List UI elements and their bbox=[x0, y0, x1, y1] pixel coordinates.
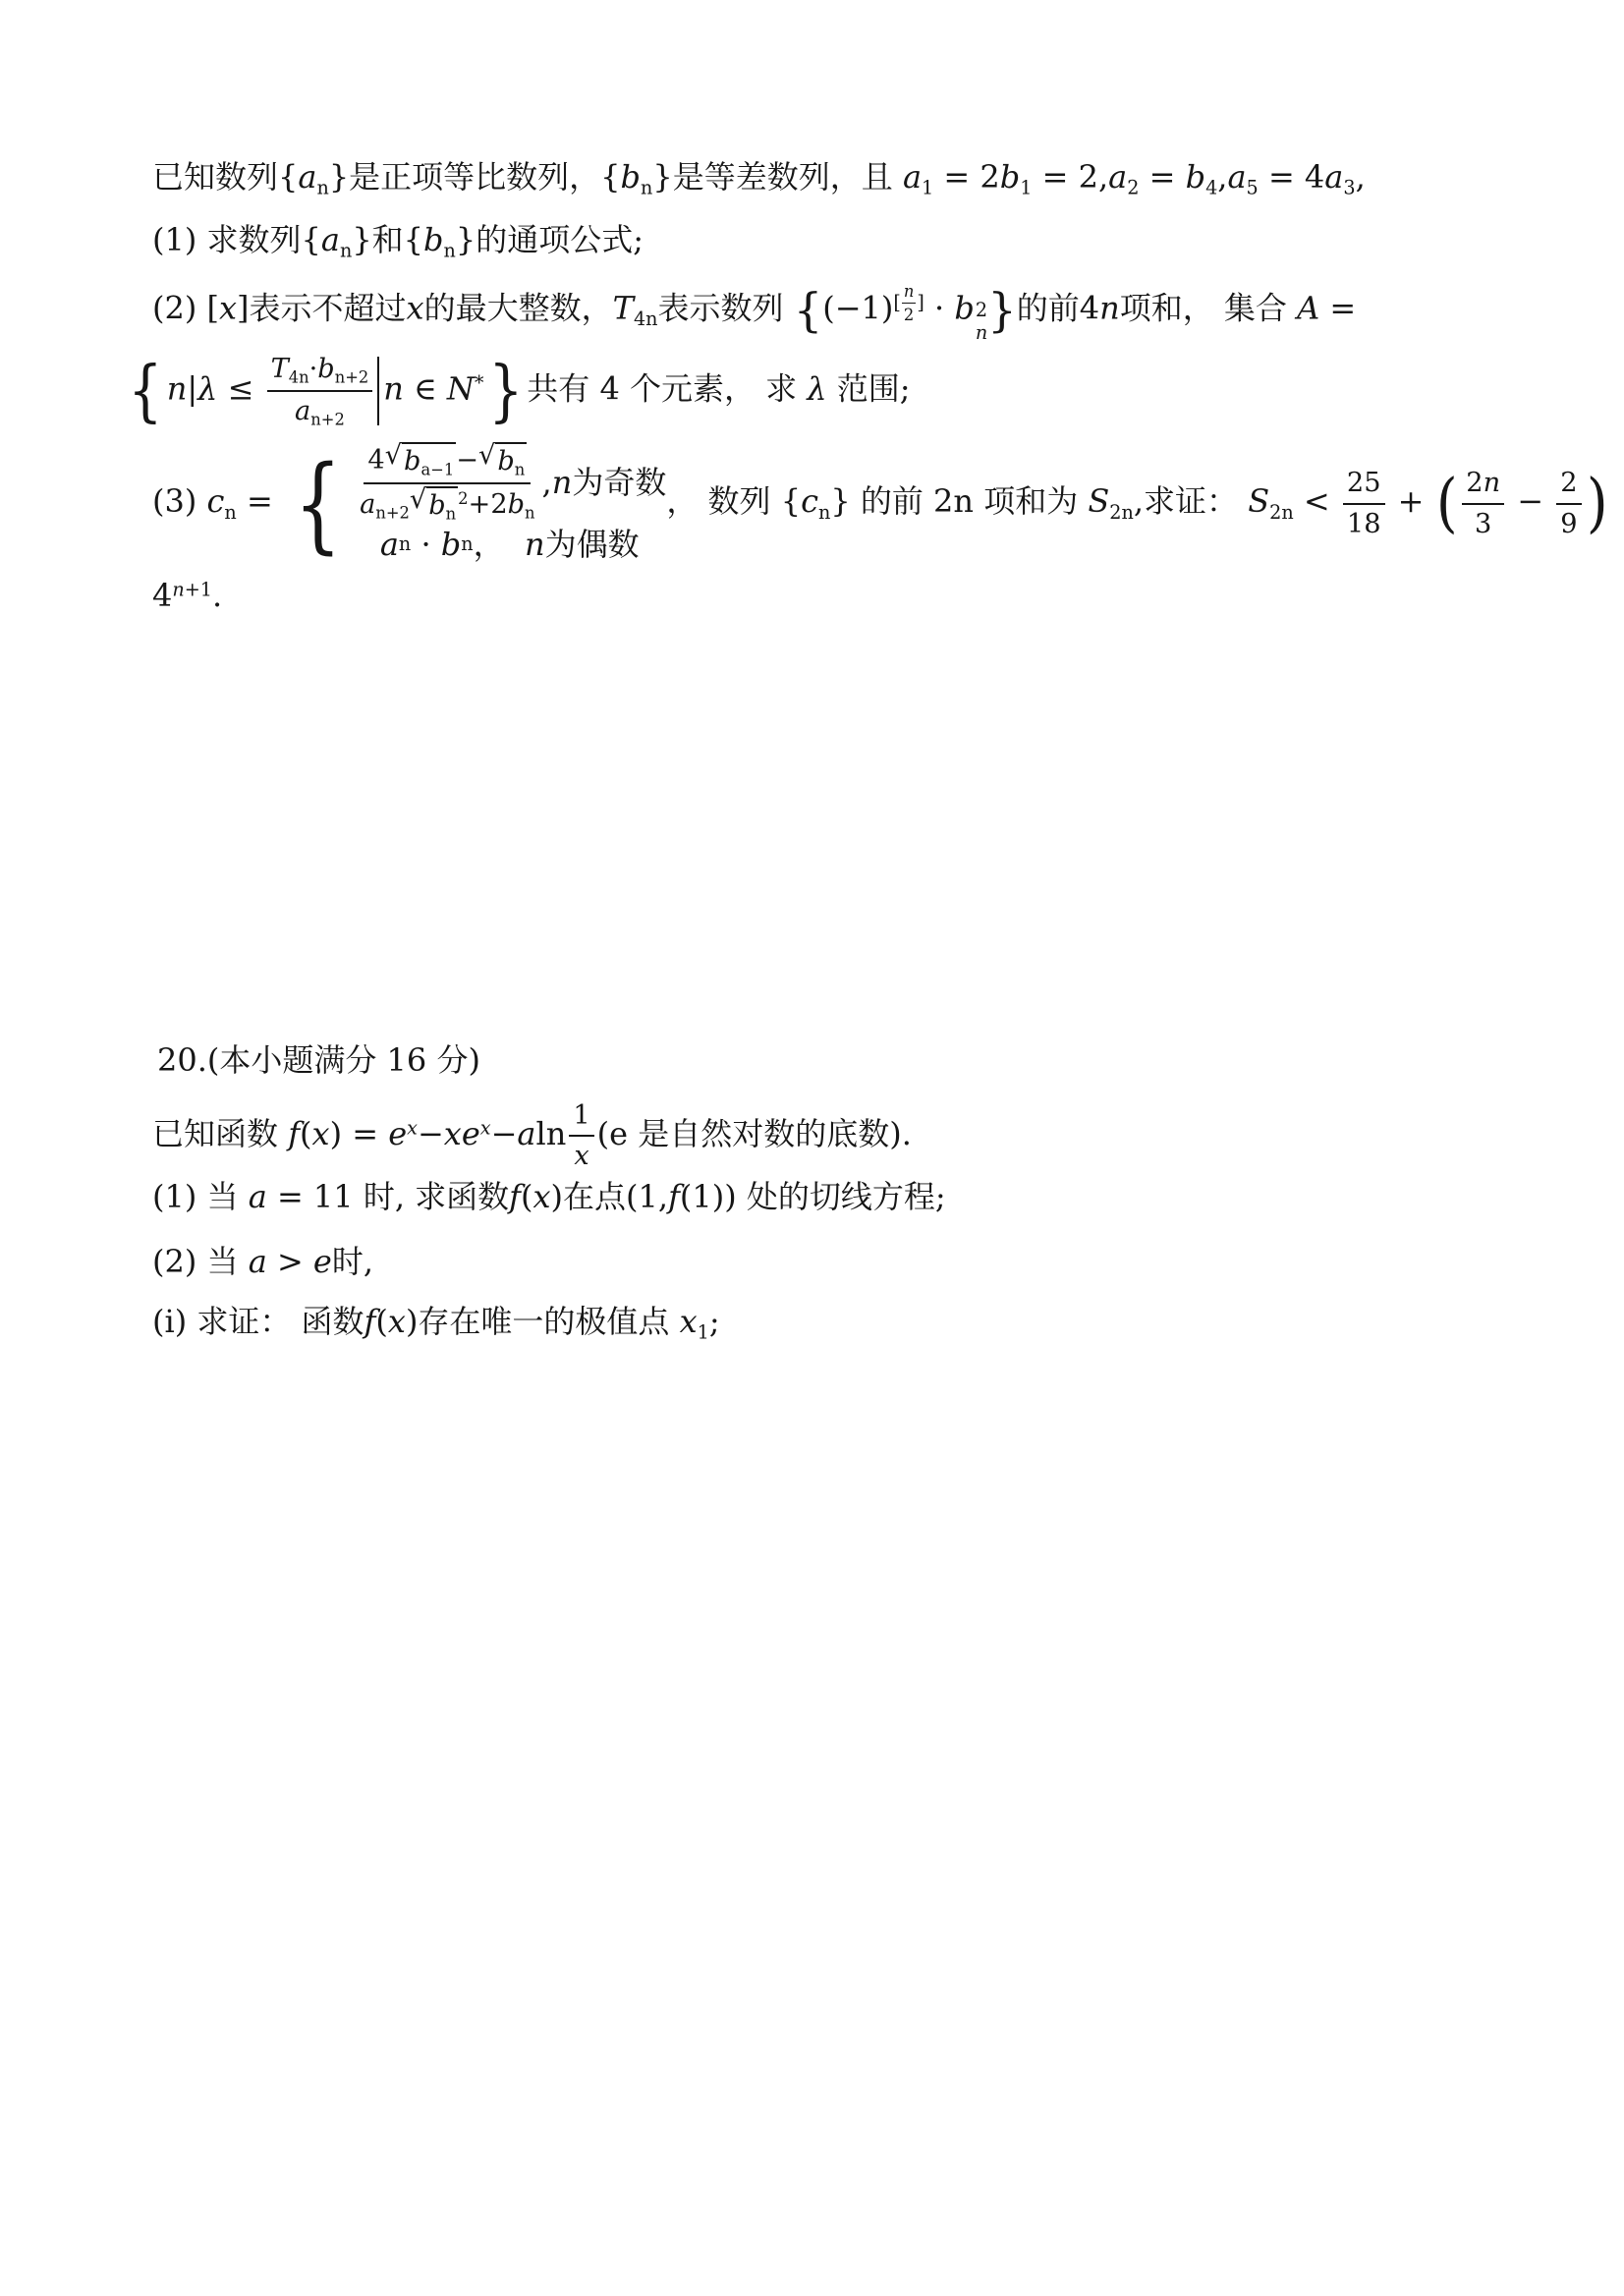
p20-part2-line: (2) 当 a > e时, bbox=[152, 1242, 373, 1283]
text-run: 2 bbox=[976, 299, 987, 321]
text-run: 已知函数 bbox=[152, 1115, 288, 1152]
text-run: · bbox=[411, 525, 441, 566]
math-var: x bbox=[444, 1115, 462, 1152]
text-run: 2 bbox=[904, 306, 914, 324]
text-run: = bbox=[237, 482, 283, 520]
math-var: x bbox=[219, 289, 237, 326]
p19-intro-line: 已知数列{an}是正项等比数列，{bn}是等差数列，且 a1 = 2b1 = 2… bbox=[152, 157, 1366, 201]
text-run: 2 bbox=[1466, 468, 1483, 498]
math-var: λ bbox=[197, 369, 217, 407]
text-run: , bbox=[1217, 158, 1227, 196]
math-var: T bbox=[271, 354, 289, 384]
text-run: 时, bbox=[332, 1243, 373, 1280]
radical-sign: √ bbox=[410, 486, 426, 515]
p19-part3-cases-line: (3) cn = {4√ba−1−√bnan+2√bn2+2bn,n为奇数an … bbox=[152, 442, 1609, 565]
text-run: > bbox=[267, 1243, 313, 1280]
text-run: ] bbox=[917, 291, 924, 313]
math-var: x bbox=[574, 1141, 588, 1171]
p20-part1-line: (1) 当 a = 11 时, 求函数f(x)在点(1,f(1)) 处的切线方程… bbox=[152, 1177, 946, 1218]
math-var: e bbox=[462, 1115, 480, 1152]
text-run: = 4 bbox=[1259, 158, 1325, 196]
text-run: 20.(本小题满分 16 分) bbox=[157, 1041, 480, 1079]
text-run: (−1) bbox=[822, 289, 893, 326]
text-run: , bbox=[542, 463, 552, 504]
math-var: b bbox=[423, 221, 443, 258]
text-run: . bbox=[212, 577, 222, 614]
text-run: 2n bbox=[1109, 501, 1134, 524]
text-run: 9 bbox=[1560, 509, 1577, 539]
text-run: 18 bbox=[1347, 509, 1381, 539]
text-run: 4n bbox=[634, 308, 658, 330]
math-var: x bbox=[388, 1303, 406, 1340]
text-run: ， 数列 { bbox=[666, 482, 801, 520]
radical: √ba−1 bbox=[385, 442, 457, 480]
text-run: n bbox=[340, 240, 352, 262]
text-run: n bbox=[525, 504, 535, 523]
math-var: b bbox=[621, 158, 641, 196]
text-run: · bbox=[924, 289, 955, 326]
text-run: n bbox=[444, 240, 456, 262]
math-var: a bbox=[360, 489, 375, 520]
text-run: (2) 当 bbox=[152, 1243, 249, 1280]
math-var: x bbox=[533, 1178, 551, 1215]
text-run: ( bbox=[300, 1115, 311, 1152]
text-run: ln bbox=[535, 1115, 566, 1152]
text-run: }和{ bbox=[352, 221, 423, 258]
text-run: { bbox=[794, 288, 823, 333]
text-run: (e 是自然对数的底数). bbox=[597, 1115, 912, 1152]
text-run: } 的前 2n 项和为 bbox=[830, 482, 1088, 520]
text-run: 2n bbox=[1269, 501, 1294, 524]
text-run: x bbox=[480, 1116, 491, 1139]
p19-part2-set-line: {n|λ ≤ T4n·bn+2an+2n ∈ N*}共有 4 个元素， 求 λ … bbox=[124, 352, 911, 430]
text-run: n bbox=[399, 532, 411, 557]
math-var: n bbox=[1099, 289, 1120, 326]
fraction-denominator: an+2√bn2+2bn bbox=[356, 484, 538, 525]
math-var: N bbox=[447, 369, 475, 407]
math-var: f bbox=[364, 1303, 376, 1340]
text-run: | bbox=[187, 369, 197, 407]
text-run: }是等差数列，且 bbox=[652, 158, 903, 196]
text-run: * bbox=[475, 371, 484, 394]
fraction-denominator: 18 bbox=[1343, 505, 1385, 541]
text-run: 2 bbox=[1560, 468, 1577, 498]
text-run: · bbox=[309, 354, 318, 384]
text-run: , bbox=[1356, 158, 1366, 196]
text-run: }的通项公式; bbox=[456, 221, 644, 258]
text-run: 3 bbox=[1475, 509, 1491, 539]
document-page: 已知数列{an}是正项等比数列，{bn}是等差数列，且 a1 = 2b1 = 2… bbox=[0, 0, 1624, 2296]
text-run: 项和， 集合 bbox=[1120, 289, 1297, 326]
text-run: n+2 bbox=[310, 411, 345, 429]
text-run: = 2 bbox=[933, 158, 1000, 196]
math-var: a bbox=[1324, 158, 1343, 196]
text-run: }是正项等比数列，{ bbox=[329, 158, 621, 196]
math-var: a bbox=[1108, 158, 1127, 196]
fraction-numerator: 2n bbox=[1462, 466, 1504, 504]
text-run: n bbox=[818, 501, 830, 524]
stack-row: an · bn， n为偶数 bbox=[380, 525, 640, 566]
math-var: a bbox=[903, 158, 922, 196]
text-run: } bbox=[987, 288, 1017, 333]
divider-bar bbox=[377, 357, 379, 425]
text-run: 4n bbox=[289, 368, 309, 387]
text-run: 1 bbox=[922, 177, 933, 199]
p20-function-def-line: 已知函数 f(x) = ex−xex−aln1x(e 是自然对数的底数). bbox=[152, 1098, 912, 1174]
math-var: b bbox=[1000, 158, 1020, 196]
fraction-numerator: 25 bbox=[1343, 466, 1385, 504]
fraction: 29 bbox=[1556, 466, 1581, 541]
text-run: − bbox=[456, 445, 478, 476]
text-run: )存在唯一的极值点 bbox=[406, 1303, 680, 1340]
text-run: x bbox=[407, 1116, 418, 1139]
p20-header-line: 20.(本小题满分 16 分) bbox=[157, 1040, 480, 1082]
math-var: n bbox=[904, 282, 915, 301]
math-var: λ bbox=[807, 369, 826, 407]
math-var: a bbox=[517, 1115, 535, 1152]
text-run: n+2 bbox=[335, 368, 369, 387]
text-run: = bbox=[1319, 289, 1356, 326]
text-run: n+1 bbox=[172, 578, 212, 600]
text-run: (1)) 处的切线方程; bbox=[680, 1178, 946, 1215]
text-run: (1) 求数列{ bbox=[152, 221, 321, 258]
math-var: b bbox=[508, 489, 525, 520]
math-var: a bbox=[380, 525, 399, 566]
math-var: x bbox=[407, 289, 424, 326]
text-run: − bbox=[418, 1115, 444, 1152]
math-var: c bbox=[207, 482, 225, 520]
text-run: { bbox=[128, 358, 162, 425]
math-var: b bbox=[497, 446, 514, 476]
stack-row: n bbox=[976, 321, 987, 344]
p20-part2i-line: (i) 求证： 函数f(x)存在唯一的极值点 x1; bbox=[152, 1302, 720, 1346]
text-run: − bbox=[1507, 482, 1553, 520]
text-run: ; bbox=[709, 1303, 720, 1340]
math-var: b bbox=[317, 354, 334, 384]
text-run: 1 bbox=[1020, 177, 1032, 199]
radical: √bn bbox=[410, 486, 458, 525]
math-var: b bbox=[441, 525, 461, 566]
text-run: 为奇数 bbox=[572, 463, 666, 504]
fraction: n2 bbox=[902, 281, 917, 325]
math-var: a bbox=[1227, 158, 1246, 196]
fraction: 2518 bbox=[1343, 466, 1385, 541]
math-var: b bbox=[954, 289, 974, 326]
p19-part1-line: (1) 求数列{an}和{bn}的通项公式; bbox=[152, 220, 644, 264]
math-var: x bbox=[680, 1303, 698, 1340]
math-var: b bbox=[404, 446, 420, 476]
math-var: x bbox=[407, 1116, 418, 1139]
text-run: +2 bbox=[469, 489, 508, 520]
stack-row: 2 bbox=[976, 299, 987, 321]
text-run: 的前4 bbox=[1017, 289, 1099, 326]
math-var: a bbox=[249, 1243, 267, 1280]
text-run: ( bbox=[1436, 472, 1458, 536]
math-var: f bbox=[668, 1178, 680, 1215]
math-var: x bbox=[312, 1115, 330, 1152]
text-run: 1 bbox=[698, 1321, 709, 1344]
text-run: 4 bbox=[152, 577, 172, 614]
fraction: 1x bbox=[569, 1098, 593, 1174]
text-run: + bbox=[1388, 482, 1434, 520]
text-run: ) = bbox=[330, 1115, 389, 1152]
text-run: (3) bbox=[152, 482, 207, 520]
text-run: { bbox=[294, 452, 341, 556]
radicand: ba−1 bbox=[402, 442, 456, 480]
text-run: ]表示不超过 bbox=[237, 289, 407, 326]
radicand: bn bbox=[495, 442, 527, 480]
text-run: ( bbox=[521, 1178, 532, 1215]
radical-sign: √ bbox=[478, 442, 495, 471]
text-run: n bbox=[515, 461, 526, 479]
fraction-denominator: 9 bbox=[1556, 505, 1581, 541]
math-var: x bbox=[480, 1116, 491, 1139]
text-run: +1 bbox=[185, 578, 212, 600]
text-run: 25 bbox=[1347, 468, 1381, 498]
math-var: f bbox=[509, 1178, 521, 1215]
text-run: 4 bbox=[1205, 177, 1217, 199]
text-run: 范围; bbox=[827, 369, 911, 407]
math-var: a bbox=[295, 396, 310, 426]
text-run: ， bbox=[474, 525, 525, 566]
text-run: = 11 时, 求函数 bbox=[267, 1178, 509, 1215]
cases-stack: 4√ba−1−√bnan+2√bn2+2bn,n为奇数an · bn， n为偶数 bbox=[353, 442, 666, 565]
text-run: ,求证： bbox=[1134, 482, 1248, 520]
fraction-denominator: 3 bbox=[1471, 505, 1495, 541]
text-run: − bbox=[491, 1115, 518, 1152]
fraction-numerator: 2 bbox=[1556, 466, 1581, 504]
text-run: 5 bbox=[1247, 177, 1259, 199]
fraction-numerator: T4n·bn+2 bbox=[267, 352, 373, 392]
fraction-denominator: x bbox=[570, 1137, 592, 1173]
text-run: n bbox=[641, 177, 652, 199]
math-var: b bbox=[428, 490, 445, 521]
text-run: 已知数列{ bbox=[152, 158, 298, 196]
text-run: = 2, bbox=[1032, 158, 1108, 196]
math-var: e bbox=[313, 1243, 332, 1280]
text-run: 1 bbox=[573, 1100, 589, 1131]
text-run: [n2] bbox=[893, 291, 924, 313]
math-var: a bbox=[298, 158, 316, 196]
fraction-denominator: an+2 bbox=[291, 392, 349, 430]
text-run: = bbox=[1139, 158, 1185, 196]
text-run: ≤ bbox=[217, 369, 263, 407]
text-run: ( bbox=[375, 1303, 387, 1340]
math-var: a bbox=[321, 221, 340, 258]
radical: √bn bbox=[478, 442, 527, 480]
text-run: n bbox=[224, 501, 236, 524]
math-var: n bbox=[383, 369, 404, 407]
text-run: )在点(1, bbox=[551, 1178, 669, 1215]
fraction-numerator: n bbox=[902, 281, 917, 304]
math-var: S bbox=[1248, 482, 1269, 520]
fraction-numerator: 1 bbox=[569, 1098, 593, 1137]
text-run: (1) 当 bbox=[152, 1178, 249, 1215]
math-var: S bbox=[1088, 482, 1109, 520]
math-var: n bbox=[976, 321, 987, 344]
text-run: 的最大整数， bbox=[424, 289, 613, 326]
math-var: c bbox=[801, 482, 818, 520]
fraction: 4√ba−1−√bnan+2√bn2+2bn bbox=[356, 442, 538, 525]
text-run: 3 bbox=[1343, 177, 1355, 199]
math-var: f bbox=[288, 1115, 300, 1152]
fraction: 2n3 bbox=[1462, 466, 1504, 541]
text-run: n bbox=[316, 177, 328, 199]
text-run: 共有 4 个元素， 求 bbox=[527, 369, 807, 407]
math-var: n bbox=[525, 525, 545, 566]
math-var: A bbox=[1297, 289, 1319, 326]
math-var: n bbox=[552, 463, 573, 504]
text-run: n bbox=[446, 505, 457, 524]
text-run: 2 bbox=[1127, 177, 1139, 199]
math-var: T bbox=[613, 289, 634, 326]
text-run: n bbox=[461, 532, 473, 557]
text-run: < bbox=[1294, 482, 1340, 520]
fraction-denominator: 2 bbox=[902, 304, 916, 325]
text-run: 4 bbox=[367, 445, 384, 476]
text-run: [ bbox=[893, 291, 901, 313]
fraction-numerator: 4√ba−1−√bn bbox=[364, 442, 531, 484]
math-var: n bbox=[1484, 468, 1501, 498]
math-var: b bbox=[1186, 158, 1205, 196]
math-var: n bbox=[172, 578, 184, 600]
math-var: n bbox=[167, 369, 188, 407]
p19-part2-sequence-line: (2) [x]表示不超过x的最大整数，T4n表示数列 {(−1)[n2] · b… bbox=[152, 281, 1356, 344]
math-var: e bbox=[388, 1115, 407, 1152]
radical-sign: √ bbox=[385, 442, 402, 471]
script-stack: 2n bbox=[976, 299, 987, 344]
stack-row: 4√ba−1−√bnan+2√bn2+2bn,n为奇数 bbox=[353, 442, 666, 525]
math-var: a bbox=[249, 1178, 267, 1215]
fraction: T4n·bn+2an+2 bbox=[267, 352, 373, 430]
text-run: 2 bbox=[458, 489, 468, 508]
text-run: (2) [ bbox=[152, 289, 219, 326]
radicand: bn bbox=[426, 486, 458, 525]
text-run: ∈ bbox=[404, 369, 447, 407]
text-run: a−1 bbox=[420, 461, 454, 479]
text-run: 为偶数 bbox=[545, 525, 640, 566]
p19-part3-tail-line: 4n+1. bbox=[152, 576, 222, 617]
text-run: 表示数列 bbox=[658, 289, 794, 326]
text-run: ) bbox=[1586, 472, 1607, 536]
text-run: } bbox=[488, 358, 523, 425]
text-run: (i) 求证： 函数 bbox=[152, 1303, 364, 1340]
text-run: n+2 bbox=[375, 504, 410, 523]
